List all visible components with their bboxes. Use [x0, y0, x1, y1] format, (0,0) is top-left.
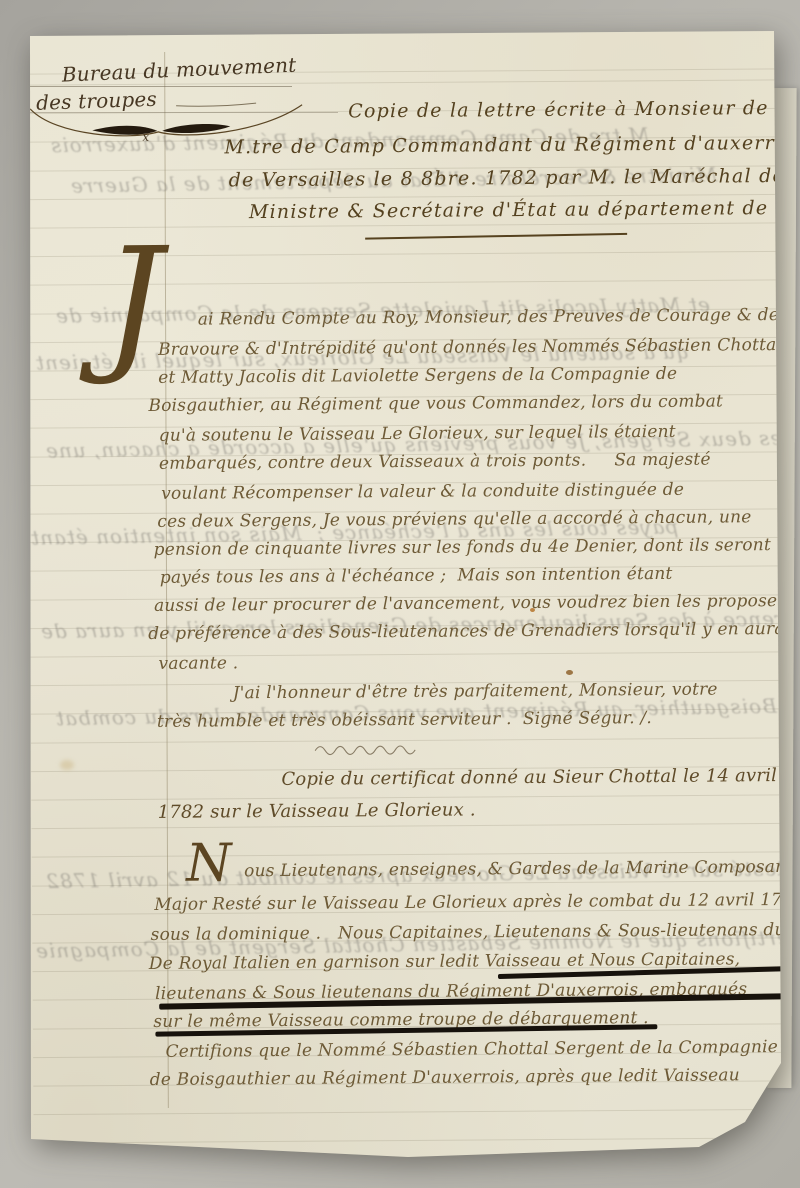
divider-line — [365, 233, 627, 240]
certificate-title-line: 1782 sur le Vaisseau Le Glorieux . — [158, 799, 476, 822]
header-line: Ministre & Secrétaire d'État au départem… — [249, 196, 800, 223]
header-line: Copie de la lettre écrite à Monsieur de … — [348, 96, 800, 122]
drop-cap-n: N — [186, 841, 232, 886]
certificate-line: ous Lieutenans, enseignes, & Gardes de l… — [244, 857, 800, 882]
letter-line: vacante . — [158, 653, 238, 674]
certificate-line: Major Resté sur le Vaisseau Le Glorieux … — [154, 890, 800, 915]
letter-line: très humble et très obéissant serviteur … — [157, 708, 652, 732]
letter-line: payés tous les ans à l'échéance ; Mais s… — [160, 564, 673, 588]
letter-line: ces deux Sergens, Je vous préviens qu'el… — [157, 507, 751, 532]
letter-line: embarqués, contre deux Vaisseaux à trois… — [159, 450, 711, 474]
certificate-title-line: Copie du certificat donné au Sieur Chott… — [281, 765, 777, 790]
squiggle-divider — [313, 742, 433, 757]
ornament-x-mark: x — [142, 130, 149, 144]
letter-line: aussi de leur procurer de l'avancement, … — [154, 591, 786, 616]
letter-line: qu'à soutenu le Vaisseau Le Glorieux, su… — [159, 422, 676, 446]
letter-line: ai Rendu Compte au Roy, Monsieur, des Pr… — [198, 305, 779, 330]
letter-line: J'ai l'honneur d'être très parfaitement,… — [233, 680, 718, 704]
certificate-line: sous la dominique . Nous Capitaines, Lie… — [151, 920, 800, 945]
letter-line: pension de cinquante livres sur les fond… — [154, 535, 772, 560]
certificate-line: Certifions que le Nommé Sébastien Chotta… — [165, 1037, 778, 1062]
manuscript-content: Bureau du mouvement des troupes x Copie … — [0, 0, 800, 1188]
letter-line: Bravoure & d'Intrépidité qu'ont donnés l… — [158, 335, 782, 360]
header-line: de Versailles le 8 8bre. 1782 par M. le … — [229, 164, 800, 191]
drop-cap-j: J — [103, 240, 163, 366]
letter-line: et Matty Jacolis dit Laviolette Sergens … — [158, 364, 677, 388]
certificate-line: de Boisgauthier au Régiment D'auxerrois,… — [150, 1065, 740, 1090]
letter-line: Boisgauthier, au Régiment que vous Comma… — [148, 391, 723, 416]
annotation-line: Bureau du mouvement — [61, 53, 297, 87]
letter-line: de préférence à des Sous-lieutenances de… — [148, 619, 800, 644]
photo-backdrop: M.tre de Camp Commandant du Régiment d'a… — [0, 0, 800, 1188]
letter-line: voulant Récompenser la valeur & la condu… — [161, 480, 684, 504]
manuscript-paper: M.tre de Camp Commandant du Régiment d'a… — [0, 0, 800, 1188]
header-line: M.tre de Camp Commandant du Régiment d'a… — [224, 132, 800, 159]
